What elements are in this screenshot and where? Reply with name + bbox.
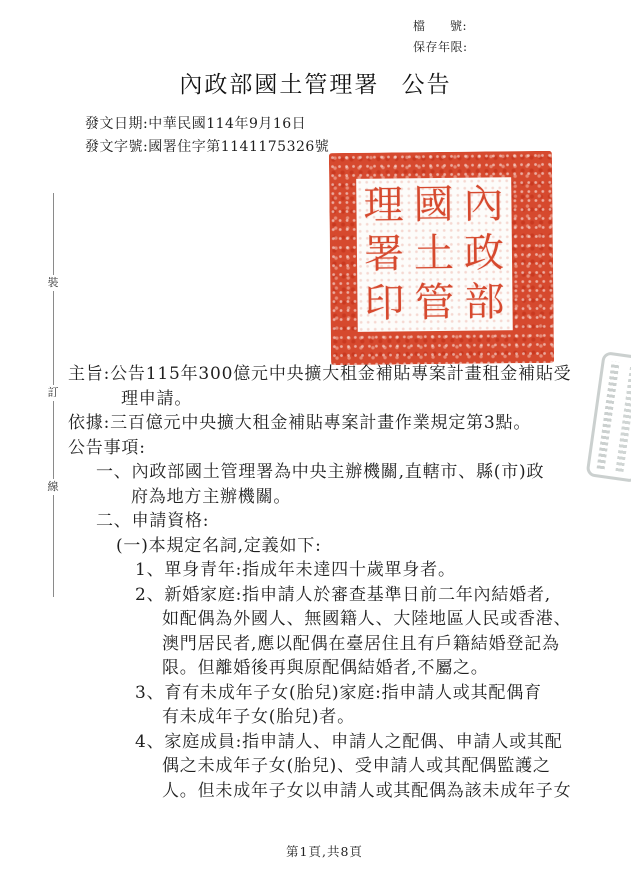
issue-number-line: 發文字號:國署住字第1141175326號 xyxy=(85,136,329,159)
archive-label-block: 檔 號: 保存年限: xyxy=(413,16,468,57)
body-line-def-4-cont: 偶之未成年子女(胎兒)、受申請人或其配偶監護之 xyxy=(0,754,631,779)
body-line-basis: 依據:三百億元中央擴大租金補貼專案計畫作業規定第3點。 xyxy=(0,411,631,436)
binding-char-zhuang: 裝 xyxy=(48,275,59,291)
body-line-item-1: 一、內政部國土管理署為中央主辦機關,直轄市、縣(市)政 xyxy=(0,460,631,485)
body-line-subject-cont: 理申請。 xyxy=(0,387,631,412)
announcement-body: 主旨:公告115年300億元中央擴大租金補貼專案計畫租金補貼受 理申請。 依據:… xyxy=(0,362,631,803)
body-line-def-2: 2、新婚家庭:指申請人於審查基準日前二年內結婚者, xyxy=(0,583,631,608)
seal-column-middle: 國土管 xyxy=(411,181,457,328)
seal-column-right: 內政部 xyxy=(461,180,507,327)
file-number-label: 檔 號: xyxy=(413,16,467,36)
issue-date-line: 發文日期:中華民國114年9月16日 xyxy=(85,113,329,136)
body-line-def-2-cont: 如配偶為外國人、無國籍人、大陸地區人民或香港、 xyxy=(0,607,631,632)
body-line-def-4: 4、家庭成員:指申請人、申請人之配偶、申請人或其配 xyxy=(0,730,631,755)
file-number-label-char: 檔 xyxy=(413,16,426,36)
document-title: 內政部國土管理署 公告 xyxy=(0,66,631,99)
body-line-item-2: 二、申請資格: xyxy=(0,509,631,534)
body-line-item-1-cont: 府為地方主辦機關。 xyxy=(0,485,631,510)
body-line-item-2-1: (一)本規定名詞,定義如下: xyxy=(0,534,631,559)
body-line-subject: 主旨:公告115年300億元中央擴大租金補貼專案計畫租金補貼受 xyxy=(0,362,631,387)
body-line-def-2-cont: 澳門居民者,應以配偶在臺居住且有戶籍結婚登記為 xyxy=(0,632,631,657)
body-line-def-3: 3、育有未成年子女(胎兒)家庭:指申請人或其配偶育 xyxy=(0,681,631,706)
issuing-agency-name: 內政部國土管理署 xyxy=(179,72,379,98)
issue-meta-block: 發文日期:中華民國114年9月16日 發文字號:國署住字第1141175326號 xyxy=(85,113,329,158)
document-type-label: 公告 xyxy=(402,72,452,98)
agency-seal-inner-face: 內政部 國土管 理署印 xyxy=(356,177,513,332)
retention-period-label: 保存年限: xyxy=(413,37,468,57)
page-indicator: 第1頁,共8頁 xyxy=(0,842,631,860)
body-line-def-3-cont: 有未成年子女(胎兒)者。 xyxy=(0,705,631,730)
agency-seal-stamp: 內政部 國土管 理署印 xyxy=(329,151,554,365)
body-line-def-2-cont: 限。但離婚後再與原配偶結婚者,不屬之。 xyxy=(0,656,631,681)
file-number-label-char: 號: xyxy=(450,16,467,36)
seal-column-left: 理署印 xyxy=(361,181,407,328)
body-line-def-1: 1、單身青年:指成年未達四十歲單身者。 xyxy=(0,558,631,583)
body-line-items-heading: 公告事項: xyxy=(0,436,631,461)
body-line-def-4-cont: 人。但未成年子女以申請人或其配偶為該未成年子女 xyxy=(0,779,631,804)
